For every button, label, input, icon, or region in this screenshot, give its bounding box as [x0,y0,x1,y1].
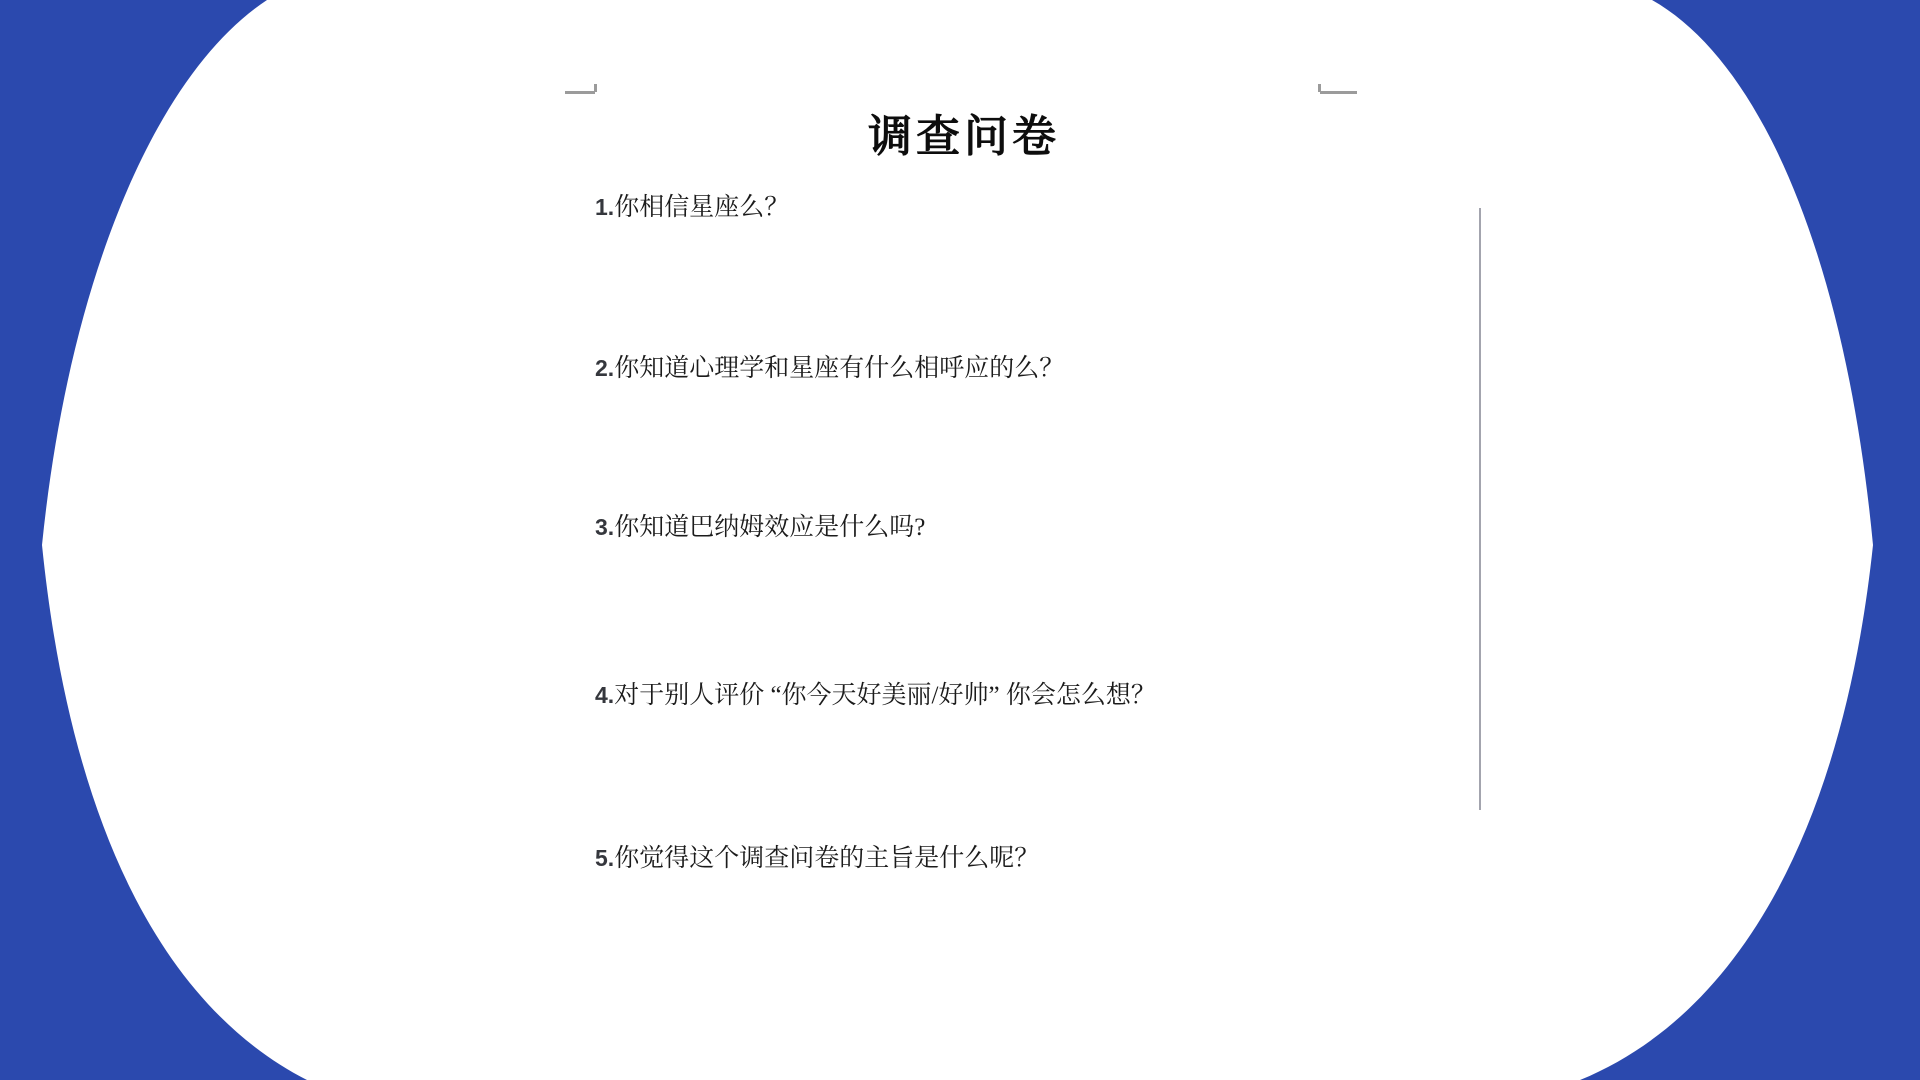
question-text: 对于别人评价 “你今天好美丽/好帅” 你会怎么想？ [614,682,1156,709]
question-text: 你觉得这个调查问卷的主旨是什么呢？ [614,845,1039,872]
question-number: 5. [595,845,614,871]
question-item-5: 5.你觉得这个调查问卷的主旨是什么呢？ [595,841,1495,876]
crop-mark-horizontal [1320,91,1357,94]
question-item-1: 1.你相信星座么？ [595,190,1495,225]
page-edge-line [1479,208,1481,810]
question-number: 2. [595,355,614,381]
crop-mark-tick [594,84,597,92]
page-title: 调查问卷 [597,100,1331,164]
question-item-3: 3.你知道巴纳姆效应是什么吗? [595,510,1495,545]
crop-mark-horizontal [565,91,595,94]
slide-canvas: 调查问卷 1.你相信星座么？ 2.你知道心理学和星座有什么相呼应的么？ 3.你知… [0,0,1920,1080]
margin-crop-mark-left [565,84,597,94]
question-item-4: 4.对于别人评价 “你今天好美丽/好帅” 你会怎么想？ [595,678,1495,713]
question-number: 1. [595,194,614,220]
crop-mark-tick [1318,84,1321,92]
question-text: 你知道巴纳姆效应是什么吗? [614,514,925,541]
question-text: 你相信星座么？ [614,194,789,221]
margin-crop-mark-right [1318,84,1357,94]
question-number: 3. [595,514,614,540]
question-item-2: 2.你知道心理学和星座有什么相呼应的么？ [595,351,1495,386]
question-text: 你知道心理学和星座有什么相呼应的么？ [614,355,1064,382]
question-number: 4. [595,682,614,708]
